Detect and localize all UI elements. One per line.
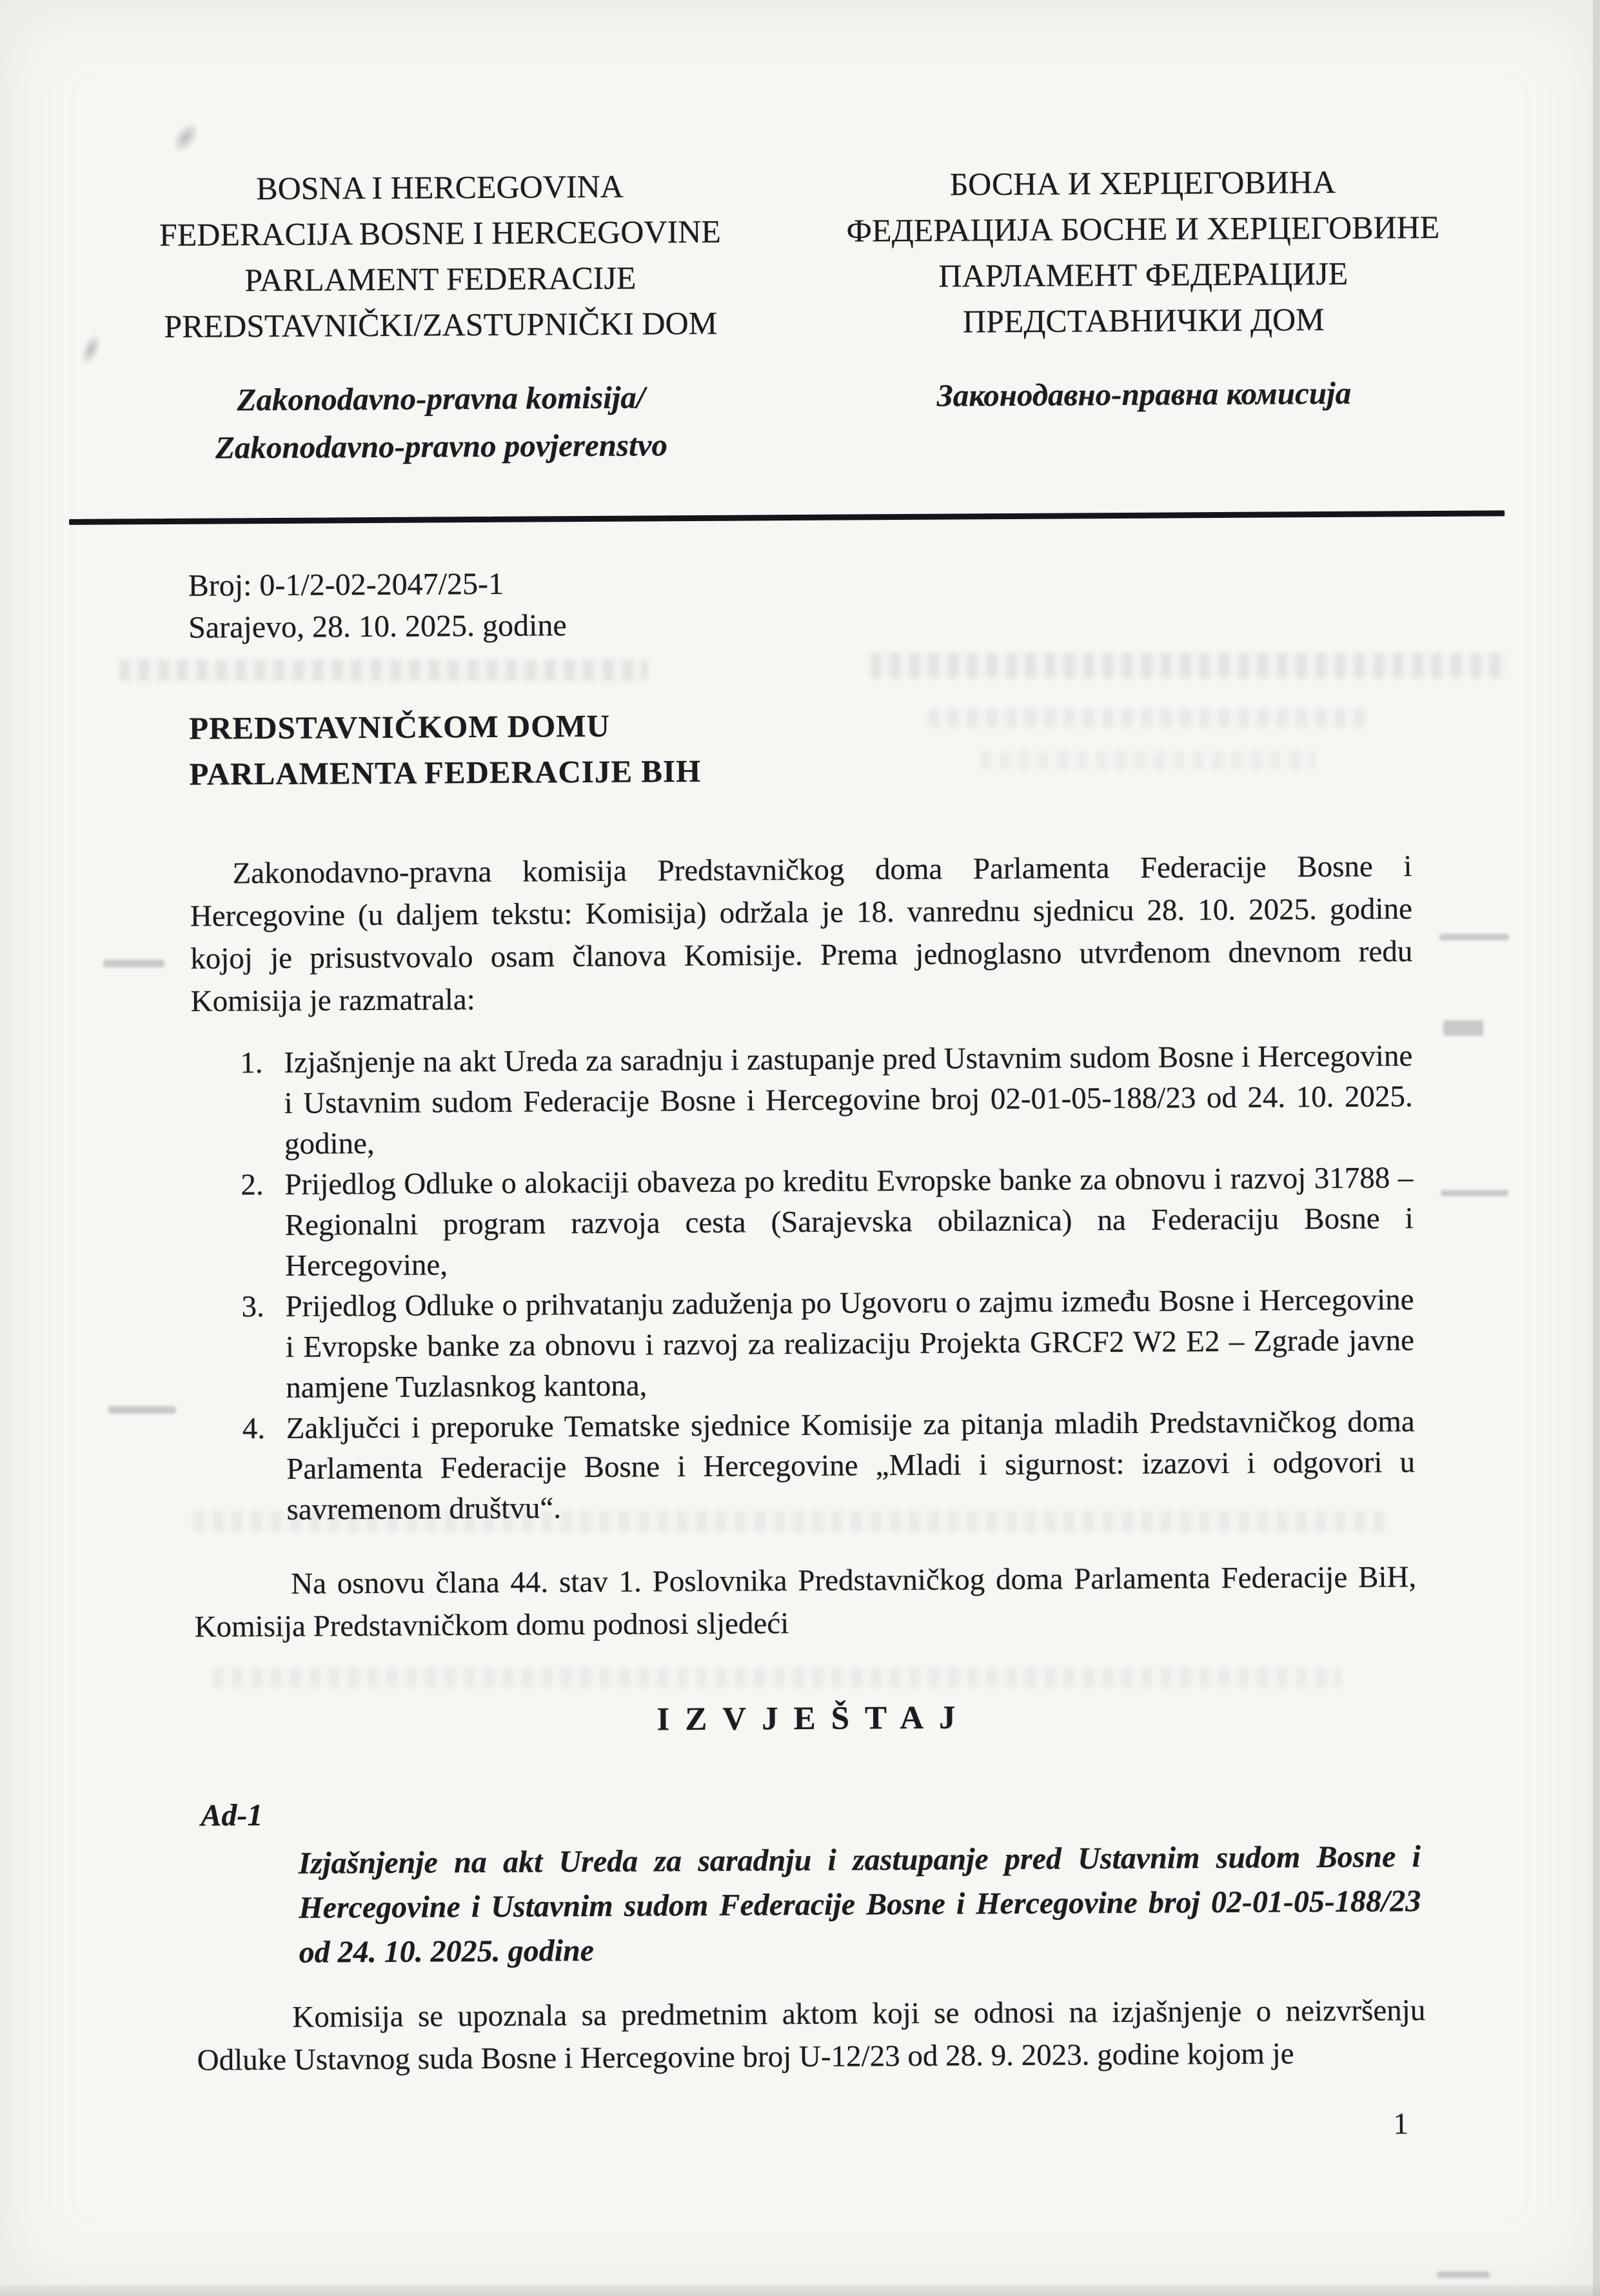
- ad1-label: Ad-1: [201, 1797, 262, 1834]
- committee-line: Zakonodavno-pravna komisija/: [93, 373, 789, 425]
- addressee-block: PREDSTAVNIČKOM DOMU PARLAMENTA FEDERACIJ…: [189, 702, 701, 797]
- agenda-item-number: 1.: [240, 1043, 284, 1165]
- reference-block: Broj: 0-1/2-02-2047/25-1 Sarajevo, 28. 1…: [188, 562, 567, 649]
- scan-artifact: [1439, 934, 1509, 940]
- reference-date: Sarajevo, 28. 10. 2025. godine: [188, 604, 567, 649]
- institution-line: PARLAMENT FEDERACIJE: [92, 254, 789, 304]
- agenda-item: 3. Prijedlog Odluke o prihvatanju zaduže…: [241, 1280, 1414, 1409]
- scan-artifact: [103, 960, 164, 967]
- agenda-item-text: Prijedlog Odluke o alokaciji obaveza po …: [284, 1158, 1414, 1287]
- agenda-item: 1. Izjašnjenje na akt Ureda za saradnju …: [240, 1036, 1413, 1165]
- basis-paragraph: Na osnovu člana 44. stav 1. Poslovnika P…: [194, 1556, 1417, 1648]
- scan-artifact: [980, 751, 1316, 769]
- letterhead: BOSNA I HERCEGOVINA FEDERACIJA BOSNE I H…: [92, 158, 1499, 472]
- scan-artifact: [193, 1510, 1387, 1532]
- scan-artifact: [213, 1667, 1341, 1688]
- agenda-item: 2. Prijedlog Odluke o alokaciji obaveza …: [241, 1158, 1414, 1287]
- scan-edge: [0, 2285, 1600, 2296]
- institution-line: PREDSTAVNIČKI/ZASTUPNIČKI DOM: [92, 300, 789, 350]
- page-content: BOSNA I HERCEGOVINA FEDERACIJA BOSNE I H…: [0, 0, 1600, 2296]
- separator-line: [69, 510, 1505, 525]
- agenda-item-number: 2.: [241, 1165, 285, 1287]
- page-number: 1: [1393, 2106, 1408, 2141]
- scan-artifact: [119, 659, 648, 681]
- scan-artifact: [1441, 1190, 1508, 1196]
- letterhead-bosnian-block: BOSNA I HERCEGOVINA FEDERACIJA BOSNE I H…: [92, 163, 790, 473]
- committee-name-cyrillic: Законодавно-правна комисија: [789, 368, 1499, 421]
- scan-artifact: [1437, 2271, 1490, 2278]
- agenda-item-text: Izjašnjenje na akt Ureda za saradnju i z…: [284, 1036, 1413, 1165]
- report-title: IZVJEŠTAJ: [195, 1696, 1417, 1741]
- ad1-paragraph: Komisija se upoznala sa predmetnim aktom…: [197, 1989, 1426, 2082]
- addressee-line: PREDSTAVNIČKOM DOMU: [189, 702, 701, 751]
- scan-edge: [1593, 0, 1600, 2296]
- scan-artifact: [108, 1406, 176, 1414]
- intro-paragraph: Zakonodavno-pravna komisija Predstavničk…: [190, 845, 1413, 1023]
- committee-name-latin: Zakonodavno-pravna komisija/ Zakonodavno…: [93, 373, 790, 473]
- institution-line: BOSNA I HERCEGOVINA: [92, 163, 788, 213]
- agenda-item-number: 3.: [241, 1287, 286, 1409]
- scan-artifact: [1443, 1020, 1483, 1036]
- scan-artifact: [871, 653, 1509, 678]
- reference-number: Broj: 0-1/2-02-2047/25-1: [188, 562, 567, 607]
- scan-artifact: [929, 708, 1367, 727]
- committee-line: Законодавно-правна комисија: [789, 368, 1499, 421]
- scanned-document-page: BOSNA I HERCEGOVINA FEDERACIJA BOSNE I H…: [0, 0, 1600, 2296]
- agenda-item-text: Prijedlog Odluke o prihvatanju zaduženja…: [285, 1280, 1414, 1409]
- institution-line: FEDERACIJA BOSNE I HERCEGOVINE: [92, 208, 788, 259]
- institution-line: БОСНА И ХЕРЦЕГОВИНА: [788, 158, 1497, 208]
- institution-line: ПРЕДСТАВНИЧКИ ДОМ: [789, 295, 1498, 346]
- letterhead-cyrillic-block: БОСНА И ХЕРЦЕГОВИНА ФЕДЕРАЦИЈА БОСНЕ И Х…: [788, 158, 1499, 468]
- institution-line: ПАРЛАМЕНТ ФЕДЕРАЦИЈЕ: [789, 250, 1498, 300]
- committee-line: Zakonodavno-pravno povjerenstvo: [93, 421, 789, 473]
- ad1-heading: Izjašnjenje na akt Ureda za saradnju i z…: [299, 1834, 1421, 1975]
- agenda-list: 1. Izjašnjenje na akt Ureda za saradnju …: [240, 1036, 1416, 1530]
- addressee-line: PARLAMENTA FEDERACIJE BIH: [189, 748, 701, 797]
- institution-line: ФЕДЕРАЦИЈА БОСНЕ И ХЕРЦЕГОВИНЕ: [788, 204, 1497, 254]
